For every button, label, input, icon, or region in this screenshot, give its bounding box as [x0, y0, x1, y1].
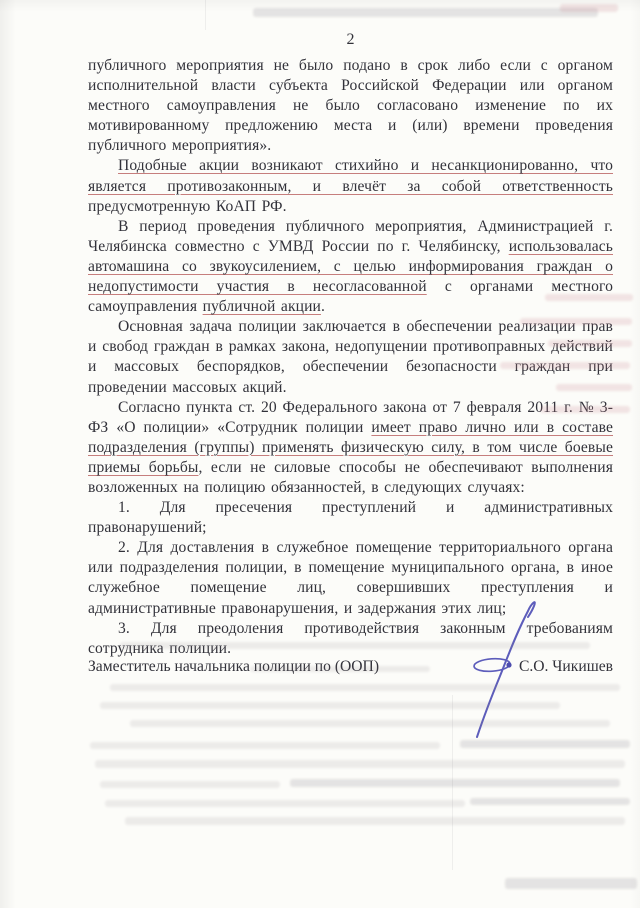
underlined-text: Подобные акции возникают стихийно и неса…	[88, 157, 613, 194]
body-text: 3. Для преодоления противодействия закон…	[88, 620, 613, 657]
document-body: публичного мероприятия не было подано в …	[88, 56, 613, 659]
bleed-through-line	[90, 742, 440, 749]
underlined-text: публичной акции	[203, 298, 321, 315]
paragraph: В период проведения публичного мероприят…	[88, 217, 613, 317]
bleed-through-line	[95, 760, 625, 768]
bleed-through-line	[125, 817, 625, 825]
signature-name: С.О. Чикишев	[519, 658, 613, 676]
scanned-document-page: 2 публичного мероприятия не было подано …	[0, 0, 640, 908]
paragraph: Согласно пункта ст. 20 Федерального зако…	[88, 398, 613, 498]
body-text: Основная задача полиции заключается в об…	[88, 318, 613, 395]
scan-crease-line	[452, 695, 453, 870]
bleed-through-signature	[505, 878, 637, 889]
signature-role: Заместитель начальника полиции по (ООП)	[88, 658, 379, 676]
bleed-through-line	[110, 684, 620, 691]
paragraph: 1. Для пресечения преступлений и админис…	[88, 498, 613, 538]
paragraph: 2. Для доставления в служебное помещение…	[88, 538, 613, 618]
page-number: 2	[88, 31, 613, 49]
paragraph: 3. Для преодоления противодействия закон…	[88, 619, 613, 659]
bleed-through-line	[290, 779, 620, 787]
body-text: 1. Для пресечения преступлений и админис…	[88, 499, 613, 536]
paragraph: Основная задача полиции заключается в об…	[88, 317, 613, 397]
scan-crease-line	[205, 0, 206, 30]
bleed-through-line	[100, 781, 280, 788]
bleed-through-line	[100, 702, 560, 709]
paragraph: Подобные акции возникают стихийно и неса…	[88, 156, 613, 216]
body-text: .	[321, 298, 325, 315]
body-text: 2. Для доставления в служебное помещение…	[88, 539, 613, 616]
bleed-through-line	[460, 740, 630, 748]
bleed-through-line	[560, 4, 618, 12]
bleed-through-line	[253, 8, 598, 17]
body-text: предусмотренную КоАП РФ.	[88, 198, 287, 215]
bleed-through-line	[470, 798, 630, 805]
bleed-through-line	[105, 800, 465, 807]
body-text: публичного мероприятия не было подано в …	[88, 57, 613, 154]
bleed-through-line	[130, 720, 610, 727]
signature-block: Заместитель начальника полиции по (ООП) …	[88, 658, 613, 676]
paragraph: публичного мероприятия не было подано в …	[88, 56, 613, 156]
